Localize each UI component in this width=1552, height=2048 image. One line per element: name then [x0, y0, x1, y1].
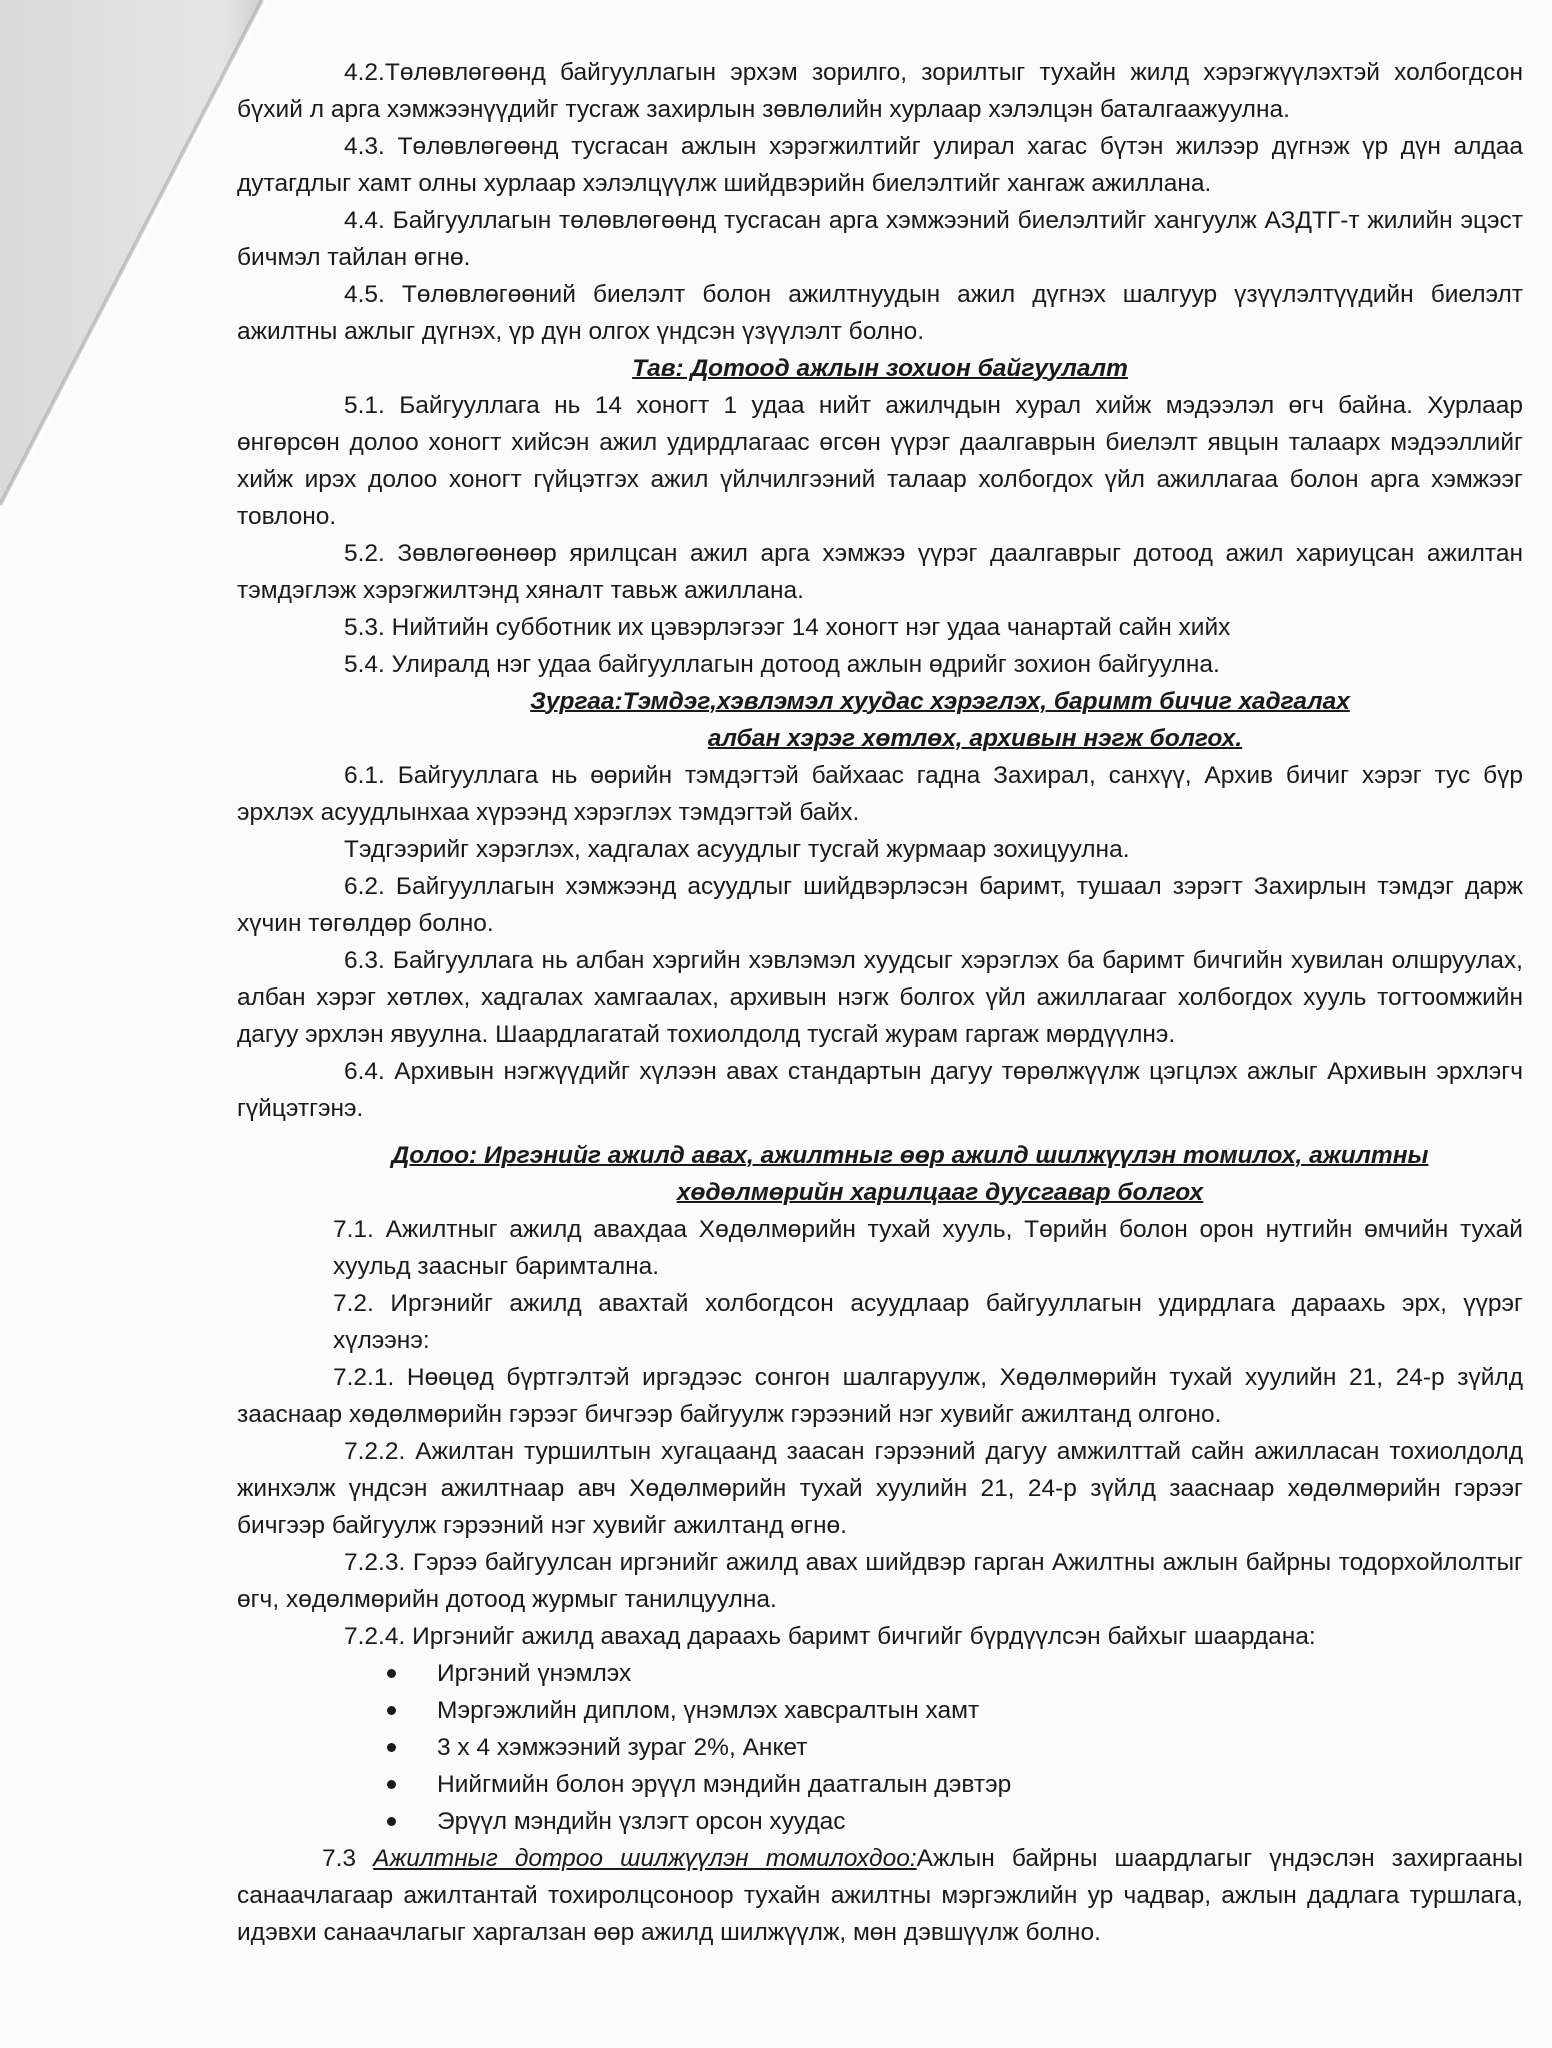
paragraph-6-4: 6.4. Архивын нэгжүүдийг хүлээн авах стан… [237, 1053, 1523, 1127]
paragraph-7-2-4: 7.2.4. Иргэнийг ажилд авахад дараахь бар… [237, 1618, 1523, 1655]
bullet-icon [387, 1780, 396, 1789]
paragraph-4-5: 4.5. Төлөвлөгөөний биелэлт болон ажилтну… [237, 276, 1523, 350]
bullet-icon [387, 1669, 396, 1678]
paragraph-7-2: 7.2. Иргэнийг ажилд авахтай холбогдсон а… [333, 1285, 1523, 1359]
paragraph-5-4: 5.4. Улиралд нэг удаа байгууллагын дотоо… [237, 646, 1523, 683]
paragraph-6-2: 6.2. Байгууллагын хэмжээнд асуудлыг шийд… [237, 868, 1523, 942]
document-page: 4.2.Төлөвлөгөөнд байгууллагын эрхэм зори… [237, 0, 1523, 1951]
list-item: Иргэний үнэмлэх [387, 1655, 1523, 1692]
section-5-heading: Тав: Дотоод ажлын зохион байгуулалт [237, 350, 1523, 387]
paragraph-6-3: 6.3. Байгууллага нь албан хэргийн хэвлэм… [237, 942, 1523, 1053]
paragraph-7-1: 7.1. Ажилтныг ажилд авахдаа Хөдөлмөрийн … [333, 1211, 1523, 1285]
paragraph-5-2: 5.2. Зөвлөгөөнөөр ярилцсан ажил арга хэм… [237, 535, 1523, 609]
section-6-heading-line1: Зургаа:Тэмдэг,хэвлэмэл хуудас хэрэглэх, … [237, 683, 1523, 720]
list-item: Нийгмийн болон эрүүл мэндийн даатгалын д… [387, 1766, 1523, 1803]
list-item: 3 х 4 хэмжээний зураг 2%, Анкет [387, 1729, 1523, 1766]
paragraph-4-2: 4.2.Төлөвлөгөөнд байгууллагын эрхэм зори… [237, 54, 1523, 128]
bullet-icon [387, 1817, 396, 1826]
paragraph-7-3-title: Ажилтныг дотроо шилжүүлэн томилохдоо: [373, 1845, 916, 1872]
list-item: Мэргэжлийн диплом, үнэмлэх хавсралтын ха… [387, 1692, 1523, 1729]
paragraph-6-1: 6.1. Байгууллага нь өөрийн тэмдэгтэй бай… [237, 757, 1523, 831]
paragraph-7-2-2: 7.2.2. Ажилтан туршилтын хугацаанд зааса… [237, 1433, 1523, 1544]
required-documents-list: Иргэний үнэмлэх Мэргэжлийн диплом, үнэмл… [237, 1655, 1523, 1840]
bullet-icon [387, 1706, 396, 1715]
paragraph-5-3: 5.3. Нийтийн субботник их цэвэрлэгээг 14… [237, 609, 1523, 646]
paragraph-4-4: 4.4. Байгууллагын төлөвлөгөөнд тусгасан … [237, 202, 1523, 276]
paragraph-7-2-1: 7.2.1. Нөөцөд бүртгэлтэй иргэдээс сонгон… [237, 1359, 1523, 1433]
paragraph-7-3: 7.3 Ажилтныг дотроо шилжүүлэн томилохдоо… [237, 1840, 1523, 1951]
list-item: Эрүүл мэндийн үзлэгт орсон хуудас [387, 1803, 1523, 1840]
section-6-heading-line2: албан хэрэг хөтлөх, архивын нэгж болгох. [237, 720, 1523, 757]
paragraph-7-3-number: 7.3 [322, 1845, 356, 1872]
paragraph-4-3: 4.3. Төлөвлөгөөнд тусгасан ажлын хэрэгжи… [237, 128, 1523, 202]
paragraph-7-2-3: 7.2.3. Гэрээ байгуулсан иргэнийг ажилд а… [237, 1544, 1523, 1618]
section-7-heading-line1: Долоо: Иргэнийг ажилд авах, ажилтныг өөр… [237, 1137, 1523, 1174]
paragraph-5-1: 5.1. Байгууллага нь 14 хоногт 1 удаа ний… [237, 387, 1523, 535]
section-7-heading-line2: хөдөлмөрийн харилцааг дуусгавар болгох [237, 1174, 1523, 1211]
bullet-icon [387, 1743, 396, 1752]
paragraph-6-1-continued: Тэдгээрийг хэрэглэх, хадгалах асуудлыг т… [237, 831, 1523, 868]
